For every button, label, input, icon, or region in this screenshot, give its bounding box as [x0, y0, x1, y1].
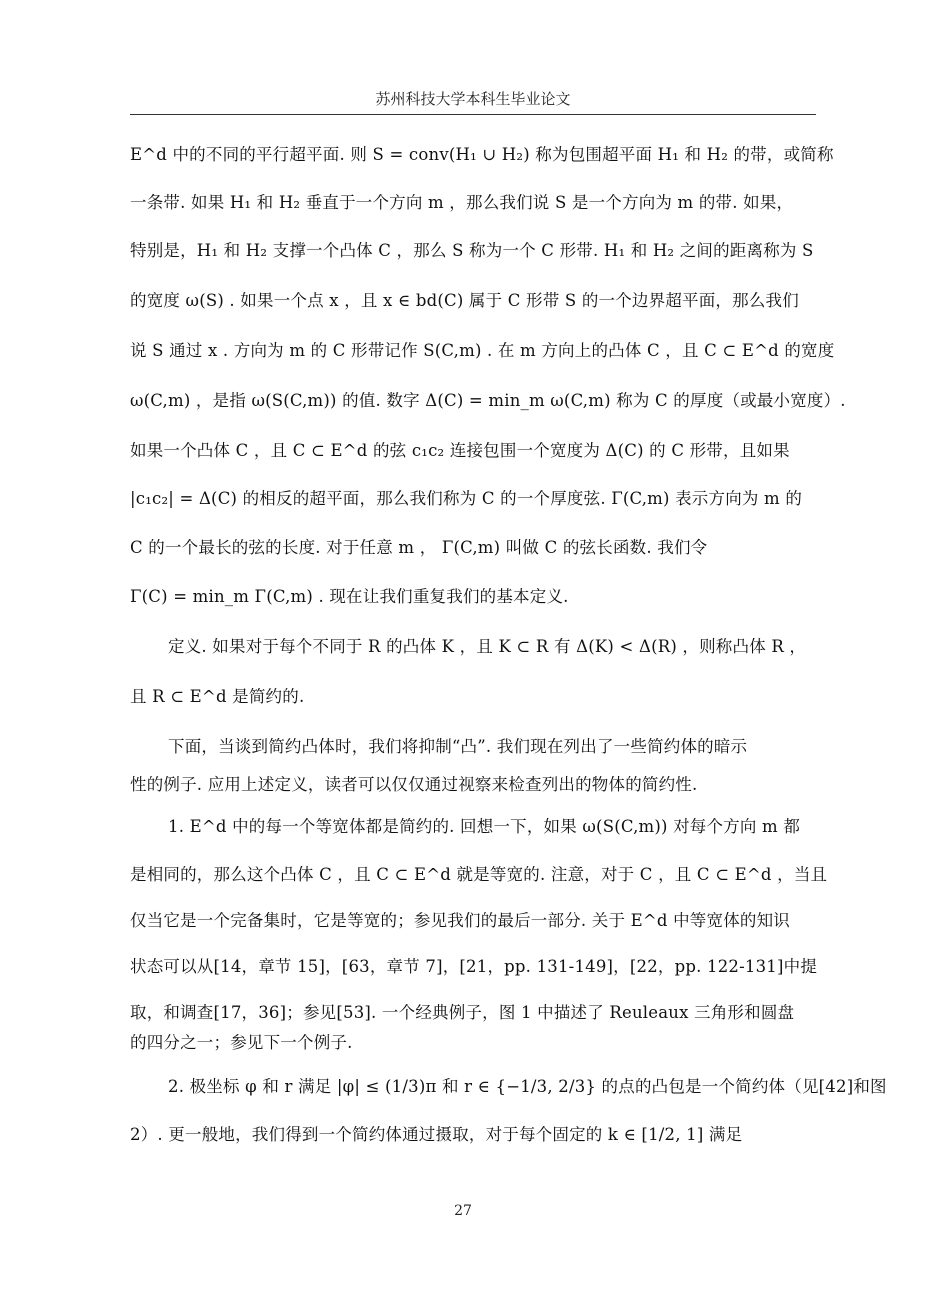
text-line: 性的例子. 应用上述定义，读者可以仅仅通过视察来检查列出的物体的简约性.	[130, 774, 820, 796]
text-line: E^d 中的不同的平行超平面. 则 S = conv(H₁ ∪ H₂) 称为包围…	[130, 144, 820, 166]
text-line: 1. E^d 中的每一个等宽体都是简约的. 回想一下，如果 ω(S(C,m)) …	[168, 816, 858, 838]
text-line: 的四分之一；参见下一个例子.	[130, 1032, 820, 1054]
text-line: Γ(C) = min_m Γ(C,m) . 现在让我们重复我们的基本定义.	[130, 586, 820, 608]
text-line: 一条带. 如果 H₁ 和 H₂ 垂直于一个方向 m ，那么我们说 S 是一个方向…	[130, 192, 820, 214]
text-line: 仅当它是一个完备集时，它是等宽的；参见我们的最后一部分. 关于 E^d 中等宽体…	[130, 910, 820, 932]
text-line: 是相同的，那么这个凸体 C ，且 C ⊂ E^d 就是等宽的. 注意，对于 C …	[130, 864, 820, 886]
text-line: 取，和调查[17，36]；参见[53]. 一个经典例子，图 1 中描述了 Reu…	[130, 1002, 820, 1024]
text-line: |c₁c₂| = Δ(C) 的相反的超平面，那么我们称为 C 的一个厚度弦. Γ…	[130, 488, 820, 510]
text-line: 的宽度 ω(S) . 如果一个点 x ，且 x ∈ bd(C) 属于 C 形带 …	[130, 290, 820, 312]
text-line: 且 R ⊂ E^d 是简约的.	[130, 686, 820, 708]
text-line: 说 S 通过 x . 方向为 m 的 C 形带记作 S(C,m) . 在 m 方…	[130, 340, 820, 362]
text-line: ω(C,m) ，是指 ω(S(C,m)) 的值. 数字 Δ(C) = min_m…	[130, 390, 820, 412]
text-line: 特别是，H₁ 和 H₂ 支撑一个凸体 C ，那么 S 称为一个 C 形带. H₁…	[130, 240, 820, 262]
text-line: 状态可以从[14，章节 15]，[63，章节 7]，[21，pp. 131-14…	[130, 956, 820, 978]
header-divider	[130, 114, 816, 115]
text-line: 如果一个凸体 C ，且 C ⊂ E^d 的弦 c₁c₂ 连接包围一个宽度为 Δ(…	[130, 440, 820, 462]
text-line: 2）. 更一般地，我们得到一个简约体通过摄取，对于每个固定的 k ∈ [1/2,…	[130, 1124, 820, 1146]
text-line: 定义. 如果对于每个不同于 R 的凸体 K ，且 K ⊂ R 有 Δ(K) < …	[168, 636, 858, 658]
running-header: 苏州科技大学本科生毕业论文	[130, 88, 816, 109]
text-line: C 的一个最长的弦的长度. 对于任意 m ， Γ(C,m) 叫做 C 的弦长函数…	[130, 537, 820, 559]
text-line: 2. 极坐标 φ 和 r 满足 |φ| ≤ (1/3)π 和 r ∈ {−1/3…	[168, 1076, 858, 1098]
page-number: 27	[0, 1203, 926, 1219]
text-line: 下面，当谈到简约凸体时，我们将抑制“凸”. 我们现在列出了一些简约体的暗示	[168, 736, 858, 758]
